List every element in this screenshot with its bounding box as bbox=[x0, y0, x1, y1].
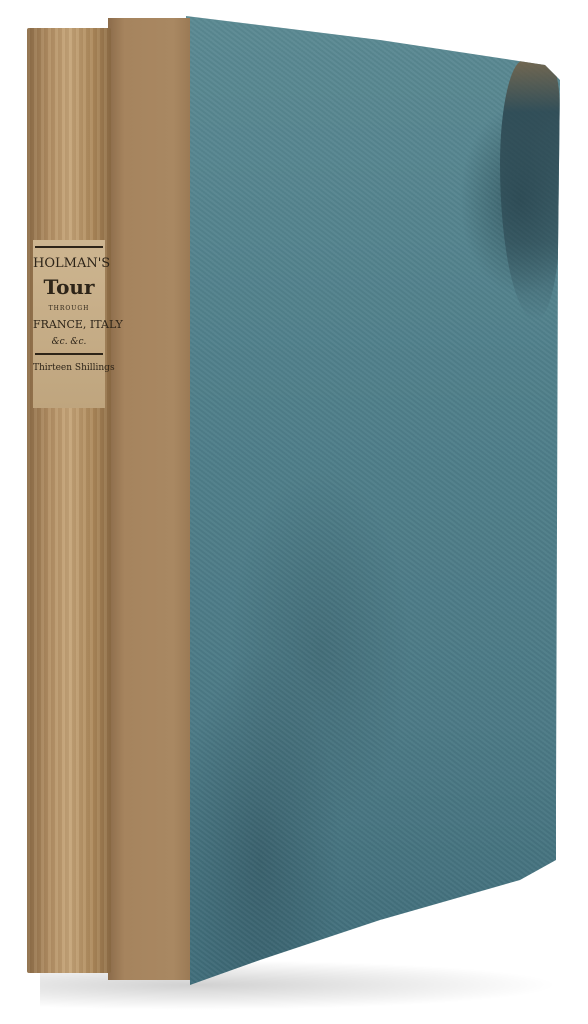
label-places: FRANCE, ITALY bbox=[33, 318, 105, 331]
label-rule-top bbox=[35, 246, 103, 248]
spine-label: HOLMAN'S Tour THROUGH FRANCE, ITALY &c. … bbox=[33, 240, 105, 408]
book-photo: HOLMAN'S Tour THROUGH FRANCE, ITALY &c. … bbox=[0, 0, 588, 1024]
tan-paper-strip bbox=[108, 18, 190, 980]
book-spine bbox=[27, 28, 111, 973]
label-title: Tour bbox=[33, 275, 105, 299]
label-rule-bottom bbox=[35, 353, 103, 355]
label-price: Thirteen Shillings bbox=[33, 363, 105, 373]
label-through: THROUGH bbox=[33, 305, 105, 312]
label-author: HOLMAN'S bbox=[33, 256, 105, 271]
label-etc: &c. &c. bbox=[33, 337, 105, 347]
